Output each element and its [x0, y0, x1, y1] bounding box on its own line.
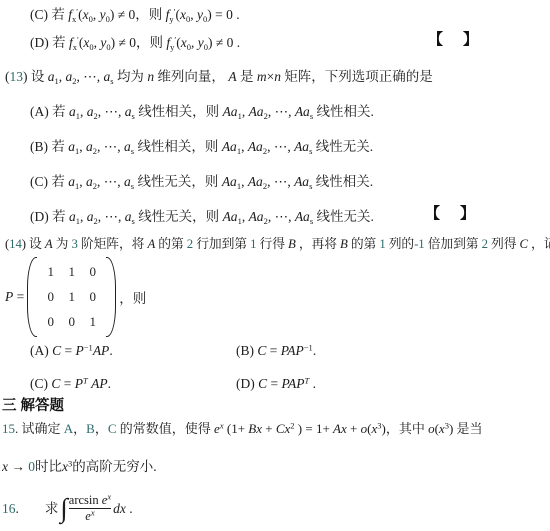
matrix-paren-right-icon: [106, 257, 116, 337]
q13-option-d: (D) 若 a1, a2, ⋯, as 线性无关，则 Aa1, Aa2, ⋯, …: [30, 208, 374, 225]
matrix-paren-left-icon: [27, 257, 37, 337]
q16-fraction: arcsin ex ex: [69, 493, 111, 524]
bracket-right-icon: 】: [463, 32, 478, 49]
bracket-right-icon: 】: [460, 206, 475, 223]
fraction-denominator: ex: [69, 508, 111, 524]
q14-option-b: (B) C = PAP−1.: [236, 342, 316, 359]
q14-stem: (14) 设 A 为 3 阶矩阵，将 A 的第 2 行加到第 1 行得 B ，再…: [5, 236, 550, 253]
matrix-lhs: P =: [5, 289, 24, 305]
q16-row: 16. 求 ∫ arcsin ex ex dx .: [2, 489, 133, 527]
matrix-cell: 0: [40, 289, 61, 305]
matrix-cell: 0: [40, 314, 61, 330]
matrix-cell: 0: [82, 289, 103, 305]
q12-option-c: (C) 若 fx′(x0, y0) ≠ 0，则 fy′(x0, y0) = 0 …: [30, 6, 240, 23]
q14-option-c: (C) C = PT AP.: [30, 375, 111, 392]
bracket-left-icon: 【: [425, 206, 440, 223]
q13-stem: (13) 设 a1, a2, ⋯, as 均为 n 维列向量， A 是 m×n …: [5, 68, 433, 85]
section-title: 三 解答题: [2, 398, 64, 415]
matrix-suffix: ，则: [119, 287, 146, 307]
exam-page: { "page": { "background": "#ffffff", "in…: [0, 0, 550, 531]
q14-matrix-equation: P = 1 1 0 0 1 0 0 0 1 ，则: [5, 255, 146, 339]
matrix-cell: 1: [82, 314, 103, 330]
q13-option-c: (C) 若 a1, a2, ⋯, as 线性无关，则 Aa1, Aa2, ⋯, …: [30, 173, 373, 190]
matrix-cell: 0: [82, 264, 103, 280]
matrix-cell: 1: [61, 264, 82, 280]
integral-icon: ∫: [60, 493, 67, 523]
q13-option-b: (B) 若 a1, a2, ⋯, as 线性相关，则 Aa1, Aa2, ⋯, …: [30, 138, 373, 155]
q14-option-d: (D) C = PAPT .: [236, 375, 316, 392]
q16-suffix: dx .: [113, 500, 133, 517]
matrix-grid: 1 1 0 0 1 0 0 0 1: [37, 257, 106, 337]
q14-option-a: (A) C = P−1AP.: [30, 342, 113, 359]
q13-answer-brackets: 【 】: [425, 206, 475, 223]
q16-number: 16.: [2, 500, 19, 517]
q12-option-d: (D) 若 fx′(x0, y0) ≠ 0，则 fy′(x0, y0) ≠ 0 …: [30, 34, 240, 51]
matrix-cell: 1: [61, 289, 82, 305]
bracket-left-icon: 【: [428, 32, 443, 49]
fraction-numerator: arcsin ex: [69, 493, 111, 508]
matrix-cell: 1: [40, 264, 61, 280]
q15-line1: 15. 试确定 A，B，C 的常数值，使得 ex (1+ Bx + Cx2 ) …: [2, 420, 483, 437]
q13-option-a: (A) 若 a1, a2, ⋯, as 线性相关，则 Aa1, Aa2, ⋯, …: [30, 103, 374, 120]
matrix-cell: 0: [61, 314, 82, 330]
q16-verb: 求: [45, 500, 59, 517]
q15-line2: x → 0时比x3的高阶无穷小.: [2, 458, 157, 475]
matrix-p: 1 1 0 0 1 0 0 0 1: [27, 257, 116, 337]
q12-answer-brackets: 【 】: [428, 32, 478, 49]
